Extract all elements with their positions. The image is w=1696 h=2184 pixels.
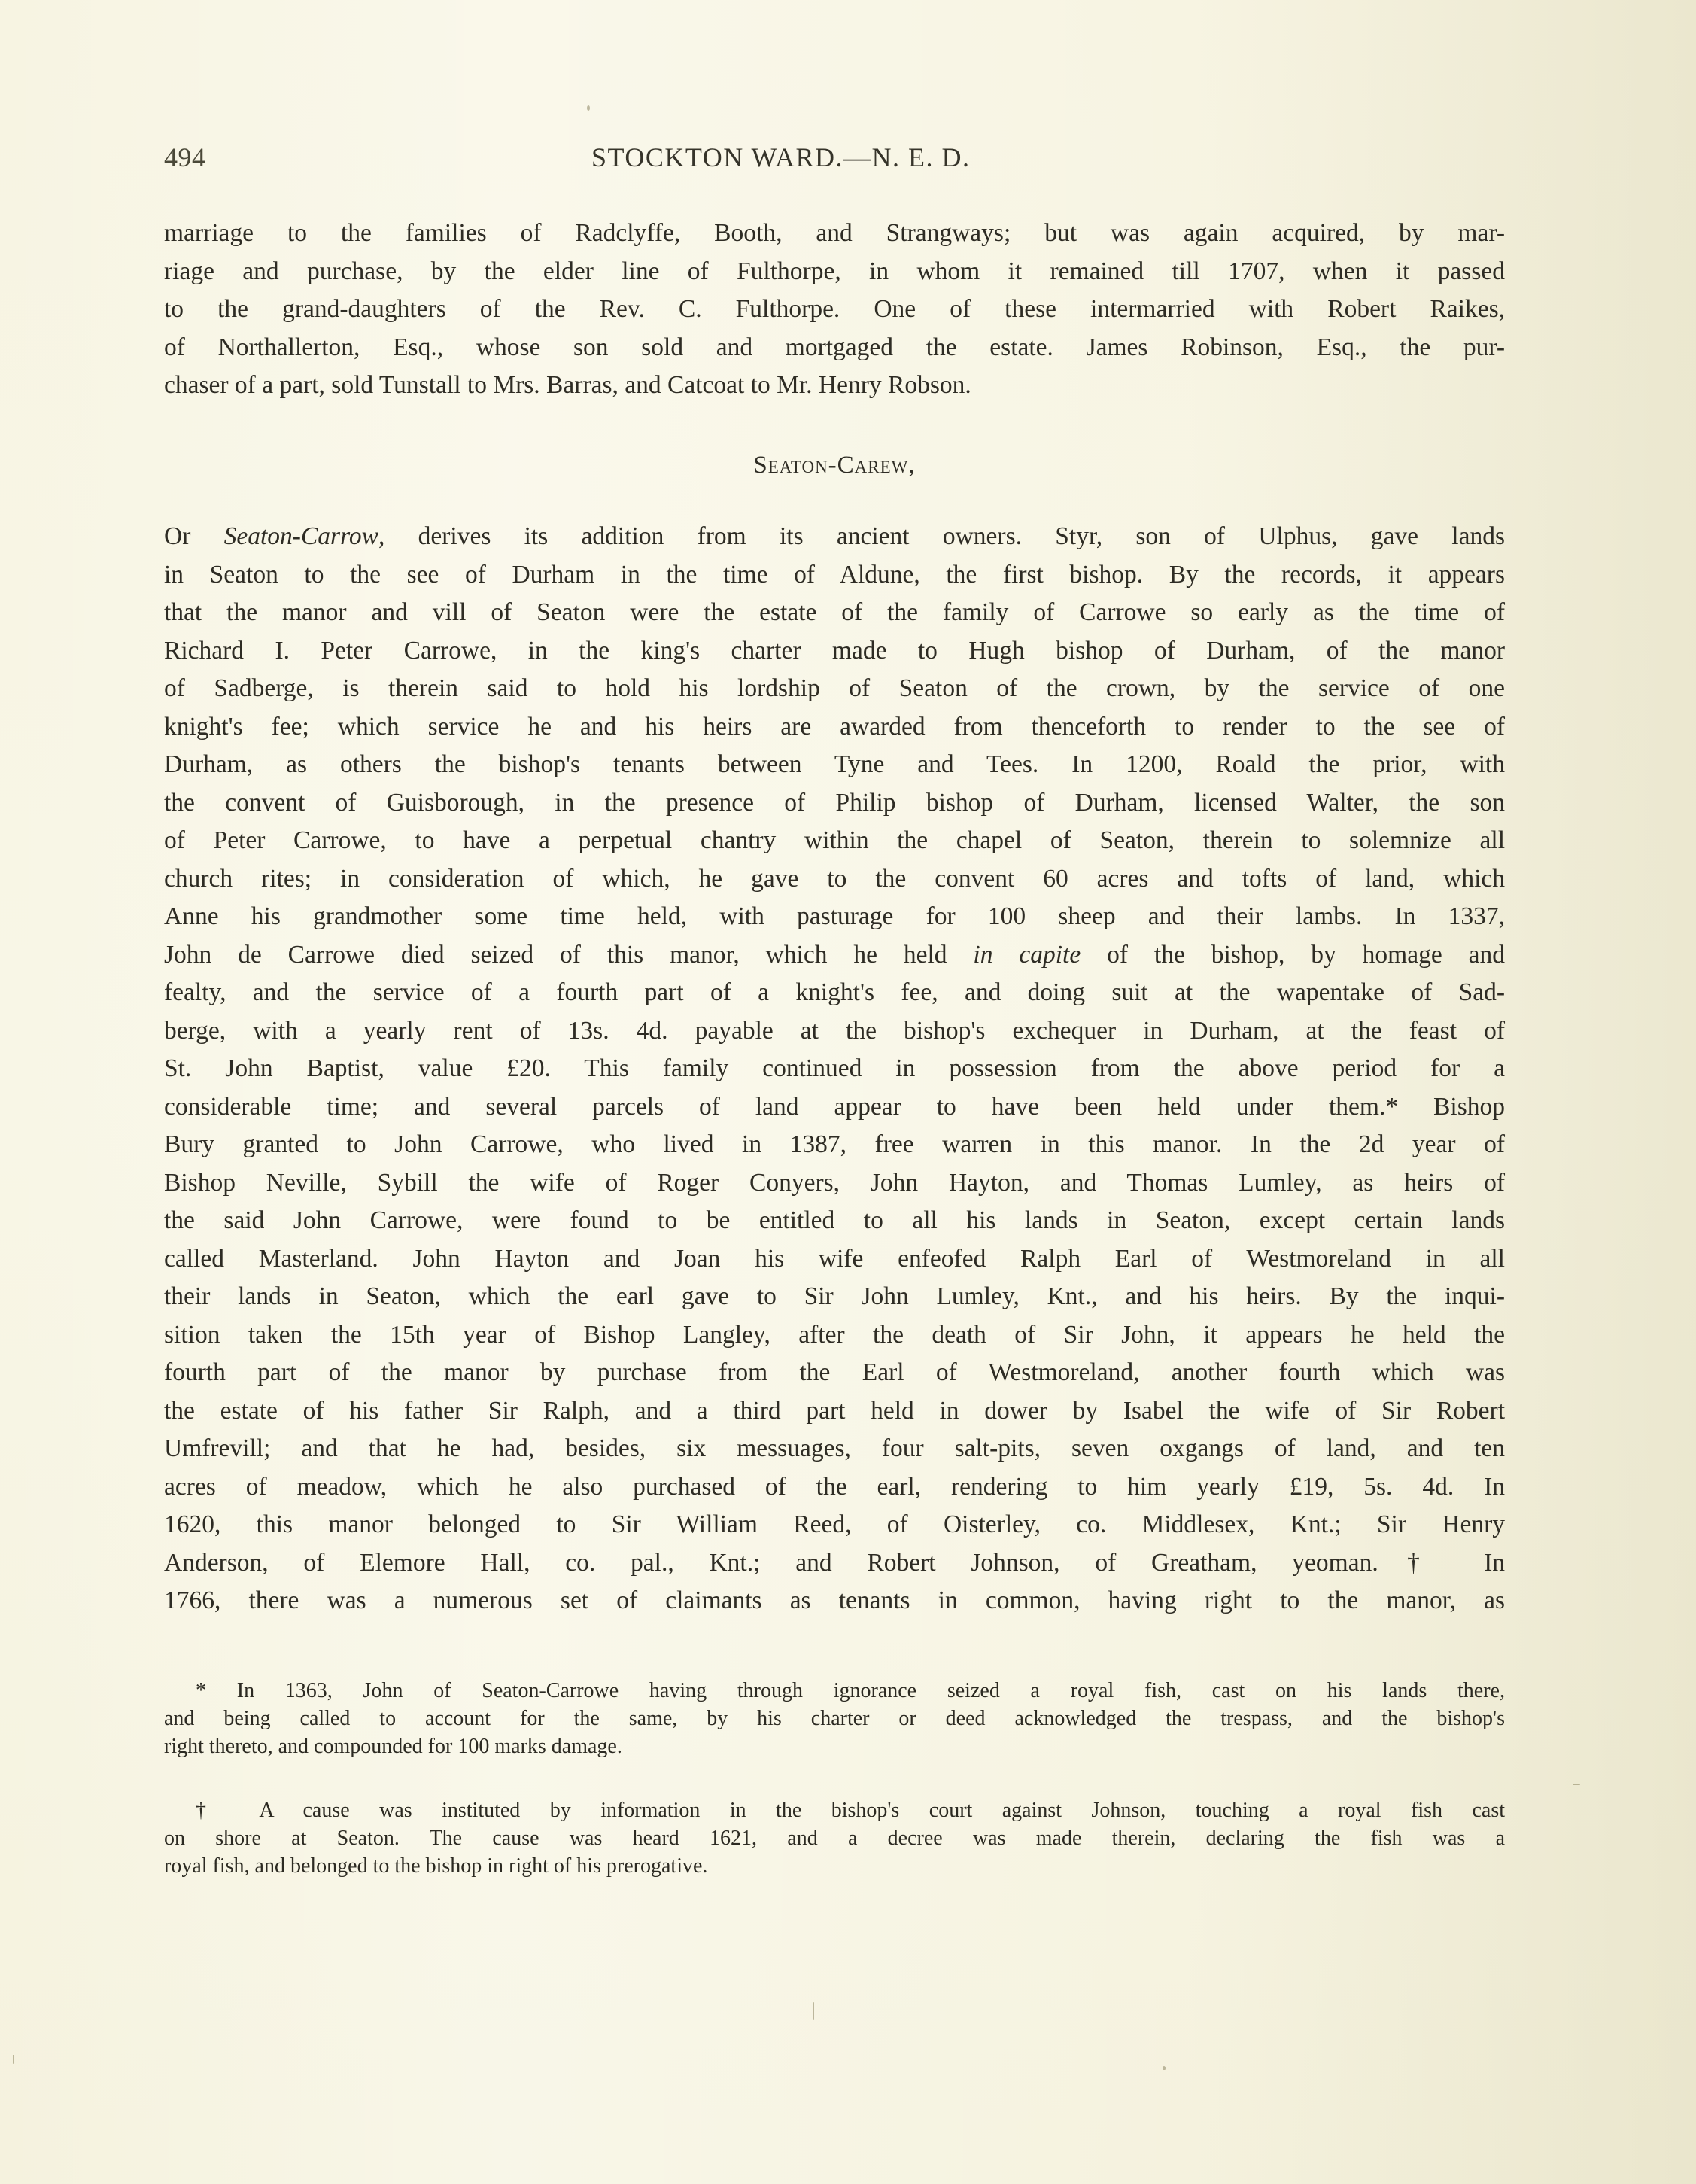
- paper-speck: [813, 2002, 814, 2020]
- text-line: Durham, as others the bishop's tenants b…: [164, 746, 1505, 784]
- footnote-line: * In 1363, John of Seaton-Carrowe having…: [164, 1677, 1505, 1705]
- paper-speck: [1163, 2066, 1166, 2070]
- text-line: St. John Baptist, value £20. This family…: [164, 1050, 1505, 1088]
- paper-speck: [587, 105, 590, 111]
- text-run: Or: [164, 522, 224, 550]
- text-line: the said John Carrowe, were found to be …: [164, 1202, 1505, 1240]
- text-line: of Sadberge, is therein said to hold his…: [164, 670, 1505, 708]
- text-line: in Seaton to the see of Durham in the ti…: [164, 556, 1505, 595]
- page-number: 494: [164, 141, 206, 173]
- text-line: Anne his grandmother some time held, wit…: [164, 898, 1505, 936]
- continuation-paragraph: marriage to the families of Radclyffe, B…: [164, 214, 1505, 405]
- paper-speck: [13, 2055, 14, 2064]
- text-line: chaser of a part, sold Tunstall to Mrs. …: [164, 367, 1505, 405]
- footnote-asterisk: * In 1363, John of Seaton-Carrowe having…: [164, 1677, 1505, 1760]
- italic-latin-term: in capite: [973, 941, 1081, 969]
- text-line-first: Or Seaton-Carrow, derives its addition f…: [164, 518, 1505, 556]
- paper-speck: [1573, 1784, 1580, 1785]
- text-line: acres of meadow, which he also purchased…: [164, 1468, 1505, 1507]
- text-line: Anderson, of Elemore Hall, co. pal., Knt…: [164, 1544, 1505, 1583]
- text-line: knight's fee; which service he and his h…: [164, 708, 1505, 747]
- text-line: fourth part of the manor by purchase fro…: [164, 1354, 1505, 1392]
- text-line: 1620, this manor belonged to Sir William…: [164, 1506, 1505, 1544]
- text-line: of Peter Carrowe, to have a perpetual ch…: [164, 822, 1505, 860]
- footnote-line: royal fish, and belonged to the bishop i…: [164, 1852, 1505, 1880]
- text-line: riage and purchase, by the elder line of…: [164, 253, 1505, 291]
- footnote-line: and being called to account for the same…: [164, 1705, 1505, 1732]
- text-line: the convent of Guisborough, in the prese…: [164, 784, 1505, 823]
- text-line: called Masterland. John Hayton and Joan …: [164, 1240, 1505, 1279]
- section-body: Or Seaton-Carrow, derives its addition f…: [164, 518, 1505, 1620]
- text-line: that the manor and vill of Seaton were t…: [164, 594, 1505, 632]
- text-line: to the grand-daughters of the Rev. C. Fu…: [164, 290, 1505, 329]
- text-run: John de Carrowe died seized of this mano…: [164, 941, 973, 969]
- italic-place-name: Seaton-Carrow: [224, 522, 378, 550]
- text-line: of Northallerton, Esq., whose son sold a…: [164, 329, 1505, 367]
- text-line: the estate of his father Sir Ralph, and …: [164, 1392, 1505, 1431]
- text-line-capite: John de Carrowe died seized of this mano…: [164, 936, 1505, 975]
- text-line: sition taken the 15th year of Bishop Lan…: [164, 1316, 1505, 1355]
- running-head-title: STOCKTON WARD.—N. E. D.: [591, 141, 971, 173]
- text-line: marriage to the families of Radclyffe, B…: [164, 214, 1505, 253]
- text-run: of the bishop, by homage and: [1081, 941, 1505, 969]
- text-line: Umfrevill; and that he had, besides, six…: [164, 1430, 1505, 1468]
- running-head: 494 STOCKTON WARD.—N. E. D.: [164, 141, 1505, 179]
- text-line: Bishop Neville, Sybill the wife of Roger…: [164, 1164, 1505, 1203]
- footnote-line: right thereto, and compounded for 100 ma…: [164, 1732, 1505, 1760]
- text-line: fealty, and the service of a fourth part…: [164, 974, 1505, 1012]
- text-line: 1766, there was a numerous set of claima…: [164, 1582, 1505, 1620]
- text-line: Bury granted to John Carrowe, who lived …: [164, 1126, 1505, 1164]
- text-line: Richard I. Peter Carrowe, in the king's …: [164, 632, 1505, 671]
- footnote-line: † A cause was instituted by information …: [164, 1796, 1505, 1824]
- text-run: , derives its addition from its ancient …: [378, 522, 1505, 550]
- text-line: berge, with a yearly rent of 13s. 4d. pa…: [164, 1012, 1505, 1051]
- text-line: considerable time; and several parcels o…: [164, 1088, 1505, 1127]
- text-line: church rites; in consideration of which,…: [164, 860, 1505, 899]
- footnote-dagger: † A cause was instituted by information …: [164, 1796, 1505, 1880]
- text-line: their lands in Seaton, which the earl ga…: [164, 1278, 1505, 1316]
- footnote-line: on shore at Seaton. The cause was heard …: [164, 1824, 1505, 1852]
- section-heading: Seaton-Carew,: [164, 452, 1505, 479]
